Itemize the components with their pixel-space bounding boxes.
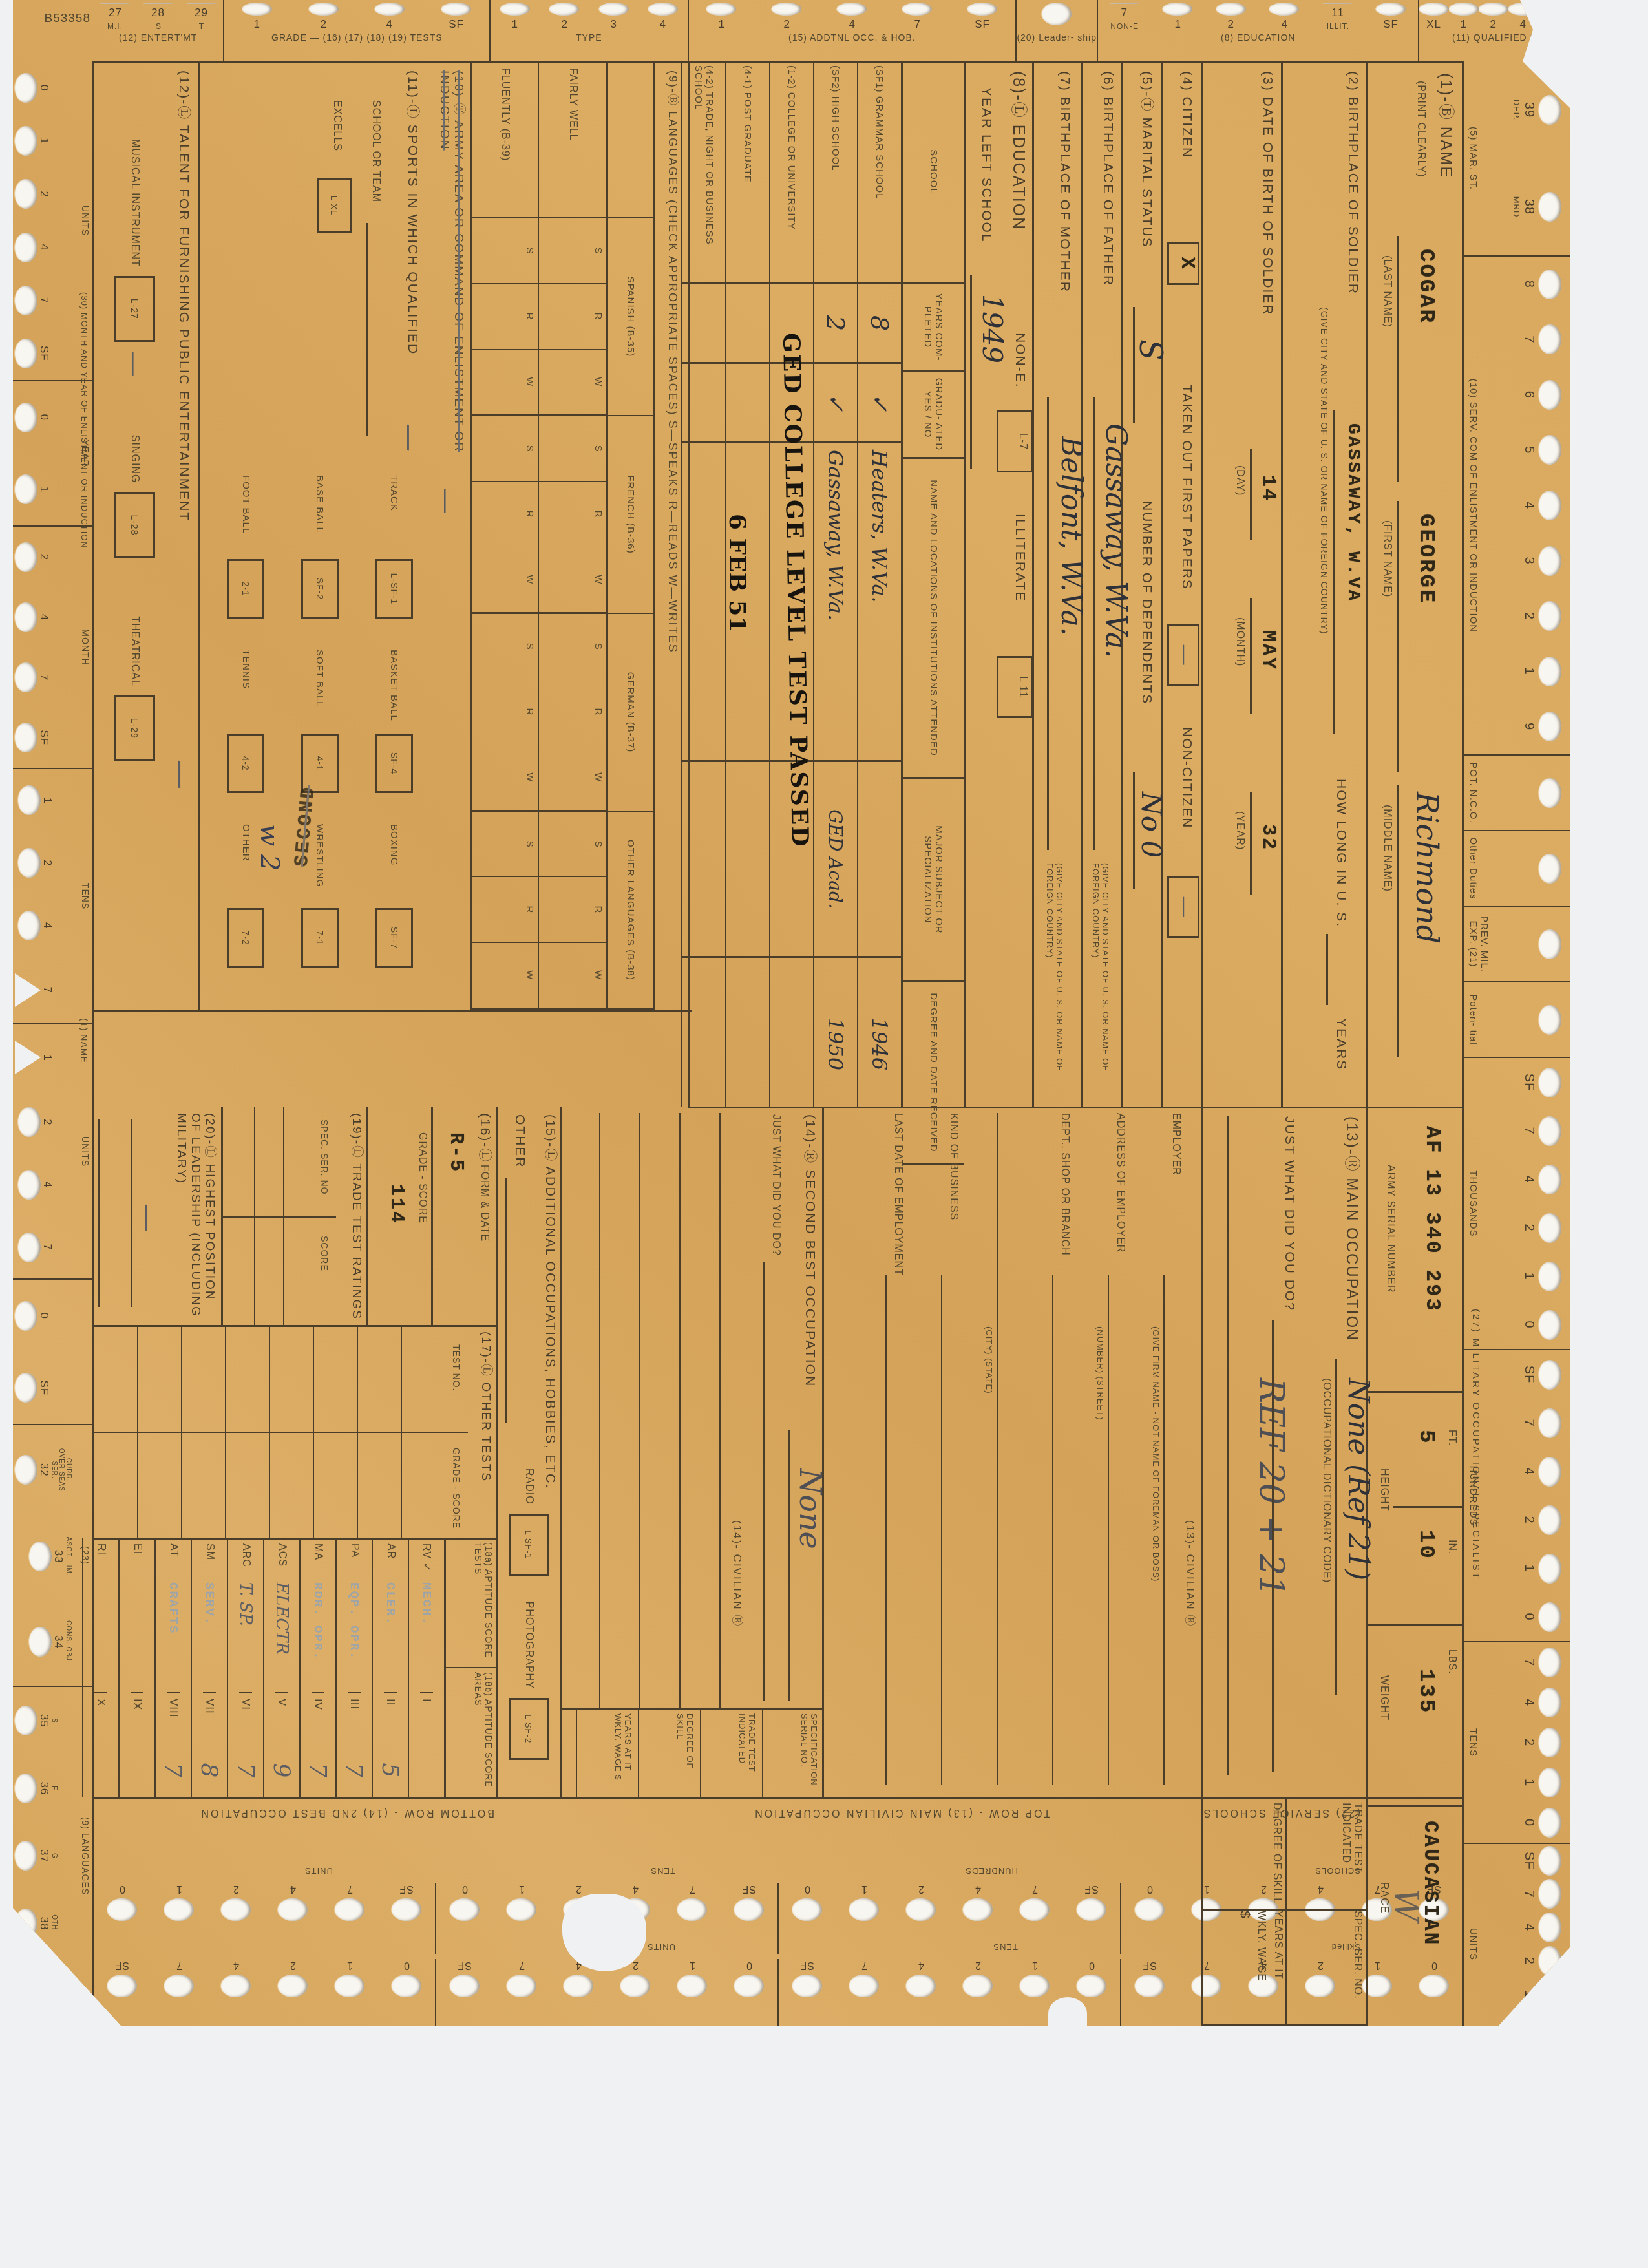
- edu-row: (SF2) HIGH SCHOOL2✓Gassaway, W.Va.GED Ac…: [813, 61, 857, 1107]
- punch-hole: [1539, 270, 1561, 299]
- hole-number: 7: [1521, 1419, 1536, 1426]
- top-edge-holes: [1536, 756, 1570, 830]
- right-hole-slot: 1: [164, 1883, 194, 1954]
- aptitude-roman: III: [348, 1692, 361, 1744]
- sport-box: SF-2: [301, 559, 339, 619]
- employer-line-caption: (CITY) (STATE): [984, 1326, 994, 1394]
- top-hole-slot: 1: [1521, 1979, 1561, 2010]
- trade-ratings-block: (19)-Ⓛ TRADE TEST RATINGSSPEC. SER. NOSC…: [221, 1107, 368, 1327]
- notched-hole: [15, 1041, 41, 1074]
- punch-hole: [1568, 3, 1598, 16]
- punch-hole: [1539, 1913, 1561, 1942]
- hole-sublabel: CURR. OVER SEAS SER.: [50, 1447, 72, 1492]
- left-hole-slot: 4: [838, 3, 867, 31]
- bottom-hole-slot: 7: [15, 1233, 54, 1262]
- sport-name: OTHER: [240, 824, 251, 902]
- hole-number: SF: [399, 1883, 414, 1894]
- left-edge-holes: 7NON-E12411ILLIT.SF: [1098, 0, 1418, 31]
- aptitude-area: RDR. OPR.: [311, 1582, 325, 1692]
- hole-number: SF: [37, 730, 50, 746]
- name-middle-caption: (MIDDLE NAME): [1381, 805, 1393, 892]
- hole-number: 4: [1521, 1175, 1536, 1183]
- right-hole-slot: 4: [564, 1959, 593, 2030]
- height-in-caption: IN.: [1446, 1540, 1457, 1554]
- hole-number: 2: [975, 1959, 981, 1971]
- language-srw-cell: R: [540, 284, 607, 349]
- top-hole-slot: [1536, 757, 1561, 829]
- hole-number: 0: [1521, 1819, 1536, 1827]
- left-edge-caption: TYPE: [491, 32, 688, 47]
- top-edge-caption: POT. N.C.O.: [1464, 756, 1479, 830]
- edu-grad-cell: ✓: [814, 364, 857, 443]
- bottom-edge-holes: 247SF: [11, 527, 50, 768]
- bottom-edge-holes: 1247: [11, 1024, 54, 1278]
- hole-number: 4: [1521, 1699, 1536, 1706]
- sport-name: TENNIS: [240, 650, 251, 727]
- aptitude-area: CRAFTS: [166, 1582, 180, 1692]
- language-srw-cell: S: [540, 218, 607, 284]
- leadership-label: (20)-Ⓛ HIGHEST POSITION OF LEADERSHIP (I…: [174, 1113, 217, 1325]
- left-hole-slot: 1: [500, 3, 530, 31]
- left-edge-group: 27M.I.28S29T(12) ENTERT'MT: [94, 0, 224, 61]
- sport-name: FOOT BALL: [240, 475, 251, 553]
- aptitude-code: ARC: [240, 1538, 251, 1582]
- hole-number: 7: [689, 1883, 695, 1894]
- punch-hole: [187, 3, 217, 4]
- sport-box: SF-4: [375, 734, 413, 793]
- punch-hole: [1539, 854, 1561, 884]
- hole-number: 7: [37, 297, 50, 303]
- sport-item: TRACKL-SF-1: [361, 475, 427, 643]
- civilian-14-header: (14)- CIVILIAN Ⓡ: [730, 1520, 746, 1627]
- hole-number: 7: [914, 18, 920, 31]
- right-edge-caption: TENS: [650, 1866, 675, 1876]
- hole-number: SF: [1575, 18, 1590, 31]
- punch-hole: [15, 233, 37, 262]
- punch-hole: [507, 1975, 536, 1997]
- notched-hole: [15, 973, 41, 1007]
- sports-grid-row: FOOT BALL2-1TENNIS4-2OTHER7-2: [213, 475, 279, 992]
- punch-hole: [1376, 3, 1406, 16]
- edu-institution-cell: Gassaway, W.Va.: [814, 443, 857, 762]
- bottom-span-caption-name: (1) NAME: [79, 879, 89, 1202]
- language-srw-cell: S: [471, 614, 538, 679]
- hole-number: SF: [458, 1959, 472, 1971]
- left-hole-slot: 7NON-E: [1110, 3, 1139, 31]
- hobby-item: RADIOL SF-1: [500, 1468, 557, 1576]
- other-tests-testno: TEST NO.: [451, 1344, 461, 1391]
- second-what-line: [763, 1262, 765, 1701]
- hole-number: 0: [37, 1313, 50, 1319]
- hole-number: 1: [41, 797, 54, 803]
- punch-hole: [29, 1627, 52, 1657]
- name-last-caption: (LAST NAME): [1381, 255, 1393, 328]
- language-colhead-spacer: [606, 61, 653, 217]
- punch-hole: [792, 1898, 822, 1921]
- language-srw-cell: W: [540, 943, 607, 1008]
- hole-number: 7: [41, 986, 54, 993]
- left-edge-group: XL1247SF(11) QUALIFIED SPORT: [1419, 0, 1599, 61]
- hole-number: 0: [119, 1883, 125, 1894]
- language-srw-row: SRW: [538, 812, 607, 1008]
- punch-hole: [392, 1898, 421, 1921]
- trade-ratings-label: (19)-Ⓛ TRADE TEST RATINGS: [349, 1113, 363, 1320]
- dependents-label: NUMBER OF DEPENDENTS: [1139, 501, 1154, 705]
- citizen-box: X: [1167, 242, 1199, 285]
- sports-section: (10)-Ⓣ ARMY AREA OR COMMAND OF ENLISTMEN…: [198, 61, 472, 1012]
- hole-sublabel: ILLIT.: [1326, 22, 1349, 31]
- hole-number: SF: [115, 1959, 129, 1971]
- aptitude-roman: II: [384, 1692, 397, 1744]
- hole-number: 2: [37, 191, 50, 197]
- language-row-labels: FAIRLY WELLFLUENTLY (B-39): [470, 61, 653, 218]
- hole-number: 7: [1521, 335, 1536, 343]
- language-srw-row: SRW: [538, 614, 607, 811]
- hole-sublabel: F: [50, 1786, 58, 1790]
- hole-sublabel: G: [50, 1853, 58, 1859]
- employer-line-label: EMPLOYER: [1170, 1113, 1181, 1176]
- punch-hole: [968, 3, 998, 16]
- punch-hole: [1539, 324, 1561, 354]
- punch-hole: [221, 1975, 251, 1997]
- hole-number: XL: [1426, 18, 1441, 31]
- bottom-hole-slot: 0: [15, 1301, 50, 1331]
- punch-hole: [1539, 1979, 1561, 2009]
- language-name: SPANISH (B-35): [606, 218, 653, 415]
- aptitude-row: MARDR. OPR.IV7: [299, 1538, 335, 1797]
- hole-number: SF: [1521, 1074, 1536, 1092]
- dob-year-value: 32: [1257, 824, 1279, 851]
- bottom-hole-slot: CURR. OVER SEAS SER.32: [15, 1447, 72, 1492]
- dob-year-caption: (YEAR): [1234, 811, 1245, 850]
- right-edge-group: UNITSSF74210: [94, 1883, 436, 1954]
- sport-name: BOXING: [388, 824, 399, 902]
- sports-grid: TRACKL-SF-1BASKET BALLSF-4BOXINGSF-7BASE…: [213, 475, 427, 992]
- edu-major-cell: GED Acad.: [814, 762, 857, 958]
- right-hole-slot: 4: [278, 1883, 308, 1954]
- language-srw-cell: S: [540, 416, 607, 482]
- dependents-value: No 0: [1136, 792, 1167, 858]
- dob-row: (3) DATE OF BIRTH OF SOLDIER 14 (DAY) MA…: [1201, 61, 1283, 1108]
- hole-number: SF: [449, 18, 464, 31]
- hole-number: SF: [1521, 1366, 1536, 1384]
- bottom-hole-slot: 7: [15, 286, 50, 315]
- right-edge-caption: UNITS: [304, 1866, 333, 1876]
- punch-hole: [1539, 1768, 1561, 1797]
- height-in-value: 10: [1413, 1530, 1438, 1560]
- punch-hole: [1479, 3, 1508, 16]
- hole-number: SF: [975, 18, 991, 31]
- hole-number: 0: [461, 1883, 468, 1894]
- army-area-mark: —: [432, 488, 461, 514]
- right-hole-slot: 7: [1020, 1883, 1050, 1954]
- aptitude-roman: X: [94, 1692, 107, 1744]
- hole-number: 4: [1521, 502, 1536, 509]
- bottom-hole-slot: S35: [15, 1706, 58, 1735]
- height-ft-caption: FT.: [1446, 1430, 1457, 1446]
- top-edge-holes: [1536, 831, 1570, 906]
- hole-number: 2: [1521, 1739, 1536, 1746]
- language-srw-cell: W: [540, 745, 607, 811]
- punch-hole: [1539, 1946, 1561, 1976]
- right-hole-slot: 0: [392, 1959, 421, 2030]
- top-hole-slot: SF: [1521, 1059, 1561, 1105]
- top-hole-slot: 7: [1521, 1400, 1561, 1446]
- dob-day-caption: (DAY): [1234, 465, 1245, 496]
- right-caption-bottom-row: BOTTOM ROW - (14) 2ND BEST OCCUPATION: [0, 1807, 494, 1818]
- hole-number: 2: [37, 553, 50, 560]
- hole-number: SF: [37, 346, 50, 361]
- language-column: OTHER LANGUAGES (B-38)SRWSRW: [470, 812, 653, 1010]
- hole-number: 2: [1521, 1224, 1536, 1231]
- punch-hole: [1539, 712, 1561, 741]
- right-hole-slot: SF: [734, 1883, 764, 1954]
- name-first-value: GEORGE: [1413, 514, 1438, 604]
- punch-hole: [15, 339, 37, 368]
- second-occupation-block: (14)-Ⓡ SECOND BEST OCCUPATIONNoneJUST WH…: [560, 1107, 824, 1797]
- second-stamp-scribble: w 2: [255, 824, 284, 871]
- bottom-hole-slot: 2: [15, 179, 50, 209]
- ot-row-line: [225, 1325, 226, 1538]
- bottom-hole-slot: SF: [15, 339, 50, 368]
- rotated-card-holder: 39DEP.38MRD(5) MAR. ST.876543219(10) SER…: [13, 0, 1570, 2026]
- bottom-hole-slot: 4: [15, 911, 54, 940]
- top-hole-slot: 4: [1521, 479, 1561, 532]
- top-edge-group: SF74210UNITS: [1464, 1844, 1570, 2046]
- hole-sublabel: DEP.: [1512, 100, 1521, 121]
- hole-sublabel: NON-E: [1110, 22, 1139, 31]
- hole-number: 0: [1521, 2024, 1536, 2031]
- top-hole-slot: 2: [1521, 1205, 1561, 1251]
- aptitude-code: MA: [312, 1538, 324, 1582]
- sport-box-code: SF-7: [389, 927, 399, 949]
- hole-number: 2: [561, 18, 567, 31]
- edu-school-cell: (SF1) GRAMMAR SCHOOL: [858, 61, 901, 284]
- aptitude-score: 7: [233, 1744, 259, 1797]
- punch-hole: [15, 542, 37, 572]
- punch-hole: [1539, 1688, 1561, 1717]
- citizen-label: (4) CITIZEN: [1179, 71, 1194, 158]
- right-hole-slot: SF: [1135, 1959, 1165, 2030]
- sports-mark: —: [394, 423, 427, 452]
- punch-hole: [1539, 1005, 1561, 1035]
- aptitude-roman: VIII: [167, 1692, 180, 1744]
- punch-hole: [963, 1975, 993, 1997]
- top-hole-slot: 1: [1521, 1764, 1561, 1801]
- punch-hole: [1163, 3, 1192, 16]
- language-srw-cell: S: [471, 218, 538, 284]
- army-area-label: (10)-Ⓣ ARMY AREA OR COMMAND OF ENLISTMEN…: [437, 70, 465, 471]
- hole-number: SF: [1084, 1883, 1099, 1894]
- edu-years-cell: 2: [814, 284, 857, 364]
- hole-sublabel: ASGT. LIM.: [65, 1537, 72, 1576]
- hole-number: 4: [41, 922, 54, 929]
- employer-line-label: LAST DATE OF EMPLOYMENT: [892, 1113, 903, 1276]
- noncitizen-box: —: [1167, 876, 1199, 938]
- hole-sublabel: M.I.: [107, 22, 123, 31]
- edu-years-cell: 8: [858, 284, 901, 364]
- sport-item: FOOT BALL2-1: [213, 475, 279, 643]
- punch-hole: [1539, 657, 1561, 686]
- aptitude-row: ATCRAFTSVIII7: [154, 1538, 191, 1797]
- second-ruled-line: [719, 1113, 721, 1708]
- language-srw-cell: S: [540, 614, 607, 679]
- birthplace-row: (2) BIRTHPLACE OF SOLDIER GASSAWAY, W.VA…: [1281, 61, 1368, 1108]
- hole-number: 7: [1521, 1127, 1536, 1134]
- left-edge-group: 1247SF(15) ADDTNL OCC. & HOB.: [689, 0, 1017, 61]
- right-hole-slot: SF: [107, 1959, 137, 2030]
- sport-box-code: 2-1: [240, 581, 251, 596]
- hole-sublabel: CONS. OBJ.: [65, 1620, 72, 1664]
- punch-hole: [1539, 778, 1561, 808]
- school-team-line: [366, 223, 368, 436]
- other-tests-grade: GRADE - SCORE: [451, 1448, 461, 1529]
- bottom-edge-group: (9) LANGUAGESS35F36G37OTH.38FLUN.39: [11, 1687, 92, 2026]
- aptitude-row: SMSERV.VII8: [191, 1538, 227, 1797]
- aptitude-roman: IX: [131, 1692, 143, 1744]
- dob-day-value: 14: [1257, 475, 1279, 502]
- left-hole-slot: 27M.I.: [100, 3, 130, 31]
- bottom-hole-slot: CONS. OBJ.34: [15, 1620, 72, 1664]
- top-edge-holes: 876543219: [1521, 257, 1570, 754]
- employer-line-caption: (GIVE FIRM NAME - NOT NAME OF FOREMAN OR…: [1151, 1326, 1161, 1582]
- aptitude-roman: I: [420, 1692, 433, 1744]
- hole-number: 39: [37, 1984, 50, 1998]
- hole-number: 1: [176, 1883, 182, 1894]
- left-hole-slot: 4: [375, 3, 405, 31]
- punch-hole: [15, 1373, 37, 1403]
- serial-field: AF 13 340 293 ARMY SERIAL NUMBER: [1368, 1107, 1464, 1393]
- aptitude-area: ELECTR: [272, 1582, 291, 1692]
- language-srw-row: SRW: [470, 218, 538, 415]
- right-hole-slot: 2: [620, 1959, 650, 2030]
- hole-number: 7: [176, 1959, 182, 1971]
- language-srw-cell: W: [471, 943, 538, 1008]
- language-column: FRENCH (B-36)SRWSRW: [470, 416, 653, 614]
- weight-label: WEIGHT: [1378, 1675, 1389, 1721]
- punch-hole: [903, 3, 933, 16]
- punch-hole: [335, 1898, 364, 1921]
- aptitude-score: 7: [305, 1744, 332, 1797]
- second-stack-cell: SPECIFICATION SERIAL NO.: [762, 1710, 824, 1799]
- employer-line: [997, 1113, 998, 1785]
- sports-grid-row: BASE BALLSF-2SOFT BALL4-1WRESTLING7-1: [288, 475, 353, 992]
- birthplace-caption: (GIVE CITY AND STATE OF U. S. OR NAME OF…: [1319, 307, 1329, 634]
- language-srw-cell: S: [471, 812, 538, 877]
- right-hole-slot: 4: [963, 1883, 993, 1954]
- languages-section: (9)-Ⓑ LANGUAGES (CHECK APPROPRIATE SPACE…: [470, 61, 692, 1012]
- languages-caption: (9)-Ⓑ LANGUAGES (CHECK APPROPRIATE SPACE…: [653, 61, 692, 1010]
- aptitude-score: 7: [341, 1744, 368, 1797]
- right-hole-slot: 1: [507, 1883, 536, 1954]
- top-hole-slot: [1536, 984, 1561, 1055]
- punch-hole: [963, 1898, 993, 1921]
- language-srw-cell: S: [540, 812, 607, 877]
- top-hole-slot: 2: [1521, 589, 1561, 642]
- top-edge-group: 876543219(10) SERV. COM OF ENLISTMENT OR…: [1464, 257, 1570, 756]
- aptitude-code: SM: [204, 1538, 215, 1582]
- hobby-item: PHOTOGRAPHYL SF-2: [500, 1602, 557, 1760]
- punch-hole: [1539, 1879, 1561, 1909]
- sport-name: BASKET BALL: [388, 650, 399, 727]
- weight-value: 135: [1413, 1669, 1438, 1714]
- mother-row: (7) BIRTHPLACE OF MOTHER Belfont, W.Va. …: [1032, 61, 1083, 1108]
- right-hole-slot: 7: [677, 1883, 707, 1954]
- hole-number: 1: [346, 1959, 353, 1971]
- punch-hole: [15, 602, 37, 632]
- aptitude-code: EI: [131, 1538, 143, 1582]
- top-hole-slot: 0: [1521, 1804, 1561, 1841]
- hole-number: 35: [37, 1714, 50, 1728]
- punch-hole: [500, 3, 530, 16]
- tr-row-line: [254, 1107, 255, 1325]
- top-hole-slot: 38MRD: [1512, 160, 1561, 254]
- second-occ-line: [788, 1430, 790, 1701]
- bottom-hole-slot: 1: [15, 474, 50, 504]
- dollar-sign: $: [1236, 1907, 1254, 2024]
- education-header-row: (8)-Ⓛ EDUCATION NON-E. L-7 ILLITERATE L …: [966, 61, 1034, 1108]
- left-hole-slot: 1: [707, 3, 737, 31]
- talent-section: (12)-Ⓛ TALENT FOR FURNISHING PUBLIC ENTE…: [94, 61, 200, 1012]
- right-hole-slot: 2: [963, 1959, 993, 2030]
- race-scribble: W: [1388, 1889, 1425, 1922]
- hole-number: 4: [1521, 1467, 1536, 1475]
- sport-box: 4-2: [227, 734, 264, 793]
- hole-number: 29: [195, 6, 208, 19]
- aptitude-score: 7: [160, 1744, 187, 1797]
- punch-hole: [1042, 3, 1072, 25]
- aptitude-header: (18a) APTITUDE SCORE TESTS(18b) APTITUDE…: [444, 1538, 498, 1797]
- punch-hole: [1539, 2013, 1561, 2042]
- aptitude-code: RV ✓: [420, 1538, 433, 1582]
- trade-test-indicated-label: TRADE TEST INDICATED: [1335, 1799, 1368, 1909]
- hole-number: 4: [37, 614, 50, 620]
- hole-number: 1: [1521, 1564, 1536, 1572]
- name-field: (1)-Ⓑ NAME (PRINT CLEARLY) COGAR (LAST N…: [1368, 61, 1464, 1108]
- form-date-label: FORM & DATE: [478, 1165, 490, 1242]
- dob-month-caption: (MONTH): [1234, 617, 1245, 666]
- sport-box: SF-7: [375, 908, 413, 968]
- left-hole-slot: 1: [1449, 3, 1479, 31]
- sport-box: 7-1: [301, 908, 339, 968]
- punch-hole: [15, 1909, 37, 1938]
- hole-number: 7: [518, 1959, 525, 1971]
- punch-hole: [620, 1975, 650, 1997]
- non-e-box-code: L-7: [1017, 433, 1028, 450]
- aptitude-roman: VII: [203, 1692, 216, 1744]
- punch-hole: [734, 1975, 764, 1997]
- sports-label: (11)-Ⓛ SPORTS IN WHICH QUALIFIED: [405, 70, 420, 355]
- citizen-row: (4) CITIZEN X TAKEN OUT FIRST PAPERS — N…: [1161, 61, 1203, 1108]
- race-label: RACE: [1378, 1882, 1389, 1913]
- hole-number: 3: [610, 18, 617, 31]
- hole-number: 4: [1281, 18, 1287, 31]
- hole-number: SF: [1143, 1959, 1157, 1971]
- employer-line-label: ADDRESS OF EMPLOYER: [1114, 1113, 1126, 1253]
- top-hole-slot: 7: [1521, 1108, 1561, 1154]
- employer-line: [941, 1275, 942, 1785]
- top-hole-slot: 7: [1521, 313, 1561, 366]
- top-hole-slot: 39DEP.: [1512, 63, 1561, 157]
- aptitude-row: PAEQP. OPR.III7: [335, 1538, 372, 1797]
- aptitude-18b-label: (18b) APTITUDE SCORE AREAS: [446, 1668, 498, 1797]
- race-value: CAUCASIAN: [1419, 1821, 1441, 1946]
- bottom-edge-holes: 01: [11, 381, 50, 525]
- non-e-label: NON-E.: [1012, 333, 1028, 388]
- hole-number: 2: [233, 1883, 239, 1894]
- top-edge-holes: SF74210: [1521, 1350, 1570, 1641]
- language-name: GERMAN (B-37): [606, 614, 653, 811]
